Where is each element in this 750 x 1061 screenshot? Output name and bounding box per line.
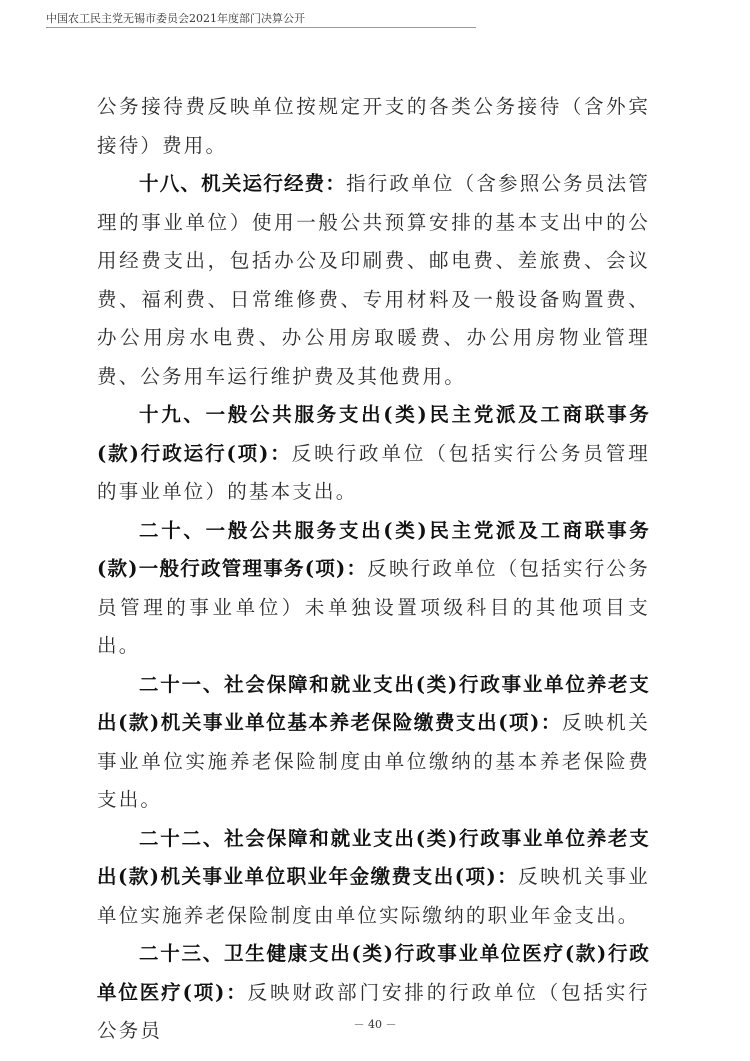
paragraph-item-20: 二十、一般公共服务支出(类)民主党派及工商联事务(款)一般行政管理事务(项)：反… [97, 512, 650, 666]
header-divider [46, 27, 476, 28]
running-header: 中国农工民主党无锡市委员会2021年度部门决算公开 [46, 10, 478, 26]
paragraph-heading: 十八、机关运行经费： [139, 172, 346, 195]
paragraph-text: 指行政单位（含参照公务员法管理的事业单位）使用一般公共预算安排的基本支出中的公用… [97, 172, 650, 388]
paragraph-text: 公务接待费反映单位按规定开支的各类公务接待（含外宾接待）费用。 [97, 95, 650, 157]
paragraph-item-18: 十八、机关运行经费：指行政单位（含参照公务员法管理的事业单位）使用一般公共预算安… [97, 165, 650, 396]
page-number: － 40 － [0, 1016, 750, 1032]
paragraph-item-22: 二十二、社会保障和就业支出(类)行政事业单位养老支出(款)机关事业单位职业年金缴… [97, 820, 650, 936]
paragraph-reception-fee: 公务接待费反映单位按规定开支的各类公务接待（含外宾接待）费用。 [97, 88, 650, 165]
paragraph-item-21: 二十一、社会保障和就业支出(类)行政事业单位养老支出(款)机关事业单位基本养老保… [97, 666, 650, 820]
paragraph-item-19: 十九、一般公共服务支出(类)民主党派及工商联事务(款)行政运行(项)：反映行政单… [97, 396, 650, 512]
paragraph-item-23: 二十三、卫生健康支出(类)行政事业单位医疗(款)行政单位医疗(项)：反映财政部门… [97, 935, 650, 1051]
document-body: 公务接待费反映单位按规定开支的各类公务接待（含外宾接待）费用。 十八、机关运行经… [97, 88, 650, 1051]
